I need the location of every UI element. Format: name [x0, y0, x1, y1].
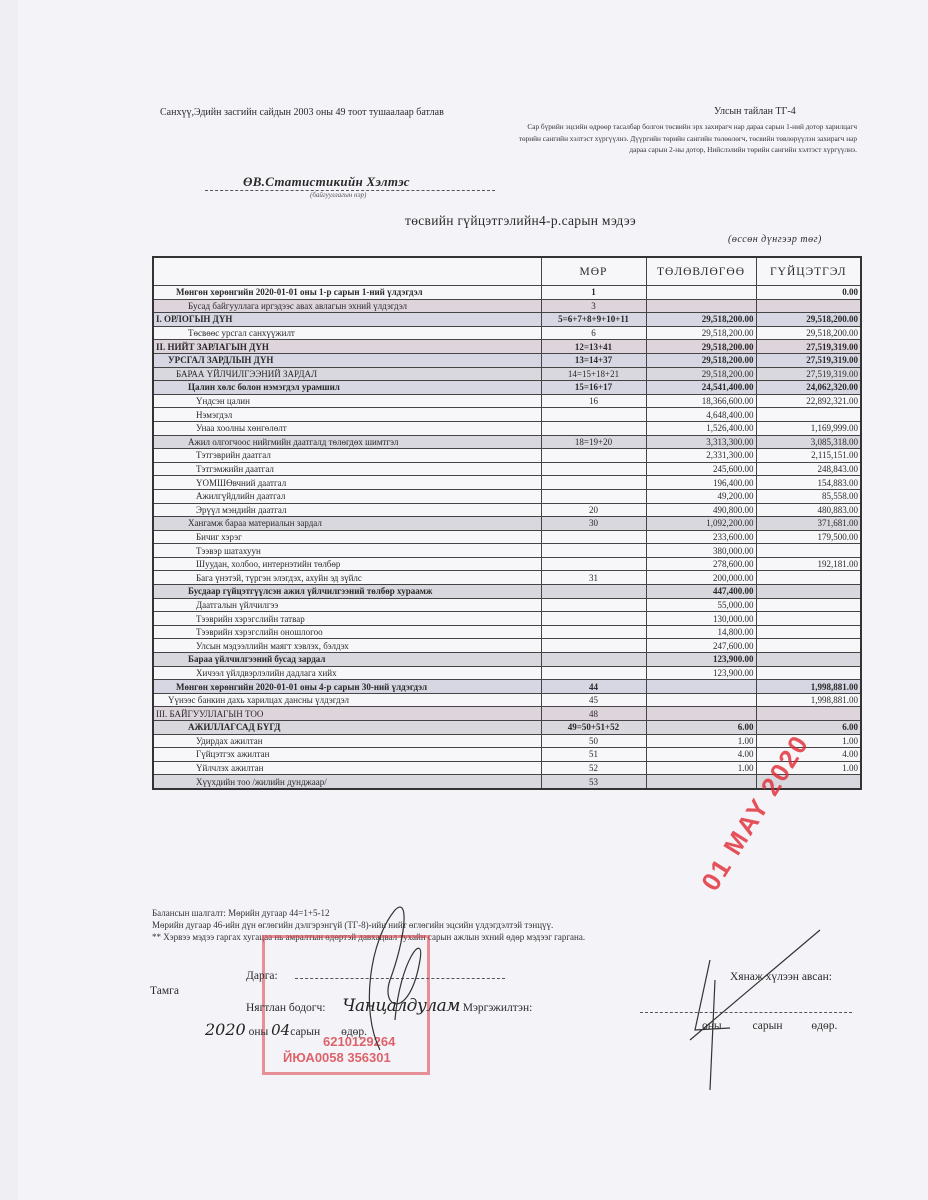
plan-value [646, 286, 756, 300]
director-signature-scribble [350, 900, 440, 1060]
row-number: 53 [541, 775, 646, 789]
actual-value [756, 598, 861, 612]
table-row: БАРАА ҮЙЛЧИЛГЭЭНИЙ ЗАРДАЛ14=15+18+2129,5… [153, 367, 861, 381]
plan-value [646, 299, 756, 313]
table-row: Эрүүл мэндийн даатгал20490,800.00480,883… [153, 503, 861, 517]
table-row: Хангамж бараа материалын зардал301,092,2… [153, 517, 861, 531]
row-number: 14=15+18+21 [541, 367, 646, 381]
actual-value: 371,681.00 [756, 517, 861, 531]
row-number: 3 [541, 299, 646, 313]
actual-value: 27,519,319.00 [756, 367, 861, 381]
row-label: Нэмэгдэл [153, 408, 541, 422]
table-row: Мөнгөн хөрөнгийн 2020-01-01 оны 4-р сары… [153, 680, 861, 694]
row-label: Тээврийн хэрэгслийн оношлогоо [153, 625, 541, 639]
table-row: Тэтгэмжийн даатгал245,600.00248,843.00 [153, 462, 861, 476]
table-row: Үүнээс банкин дахь харилцах дансны үлдэг… [153, 693, 861, 707]
row-label: Бага үнэтэй, түргэн элэгдэх, ахуйн эд зү… [153, 571, 541, 585]
table-row: Үндсэн цалин1618,366,600.0022,892,321.00 [153, 394, 861, 408]
row-number [541, 462, 646, 476]
row-number: 20 [541, 503, 646, 517]
plan-value: 18,366,600.00 [646, 394, 756, 408]
organization-caption: (байгууллагын нэр) [310, 191, 366, 199]
table-row: Бага үнэтэй, түргэн элэгдэх, ахуйн эд зү… [153, 571, 861, 585]
plan-value: 2,331,300.00 [646, 449, 756, 463]
actual-value: 480,883.00 [756, 503, 861, 517]
plan-value: 14,800.00 [646, 625, 756, 639]
table-row: Ажилгүйдлийн даатгал49,200.0085,558.00 [153, 489, 861, 503]
table-row: Унаа хоолны хөнгөлөлт1,526,400.001,169,9… [153, 421, 861, 435]
row-number [541, 585, 646, 599]
row-number: 30 [541, 517, 646, 531]
column-header-plan: ТӨЛӨВЛӨГӨӨ [646, 257, 756, 286]
row-number: 31 [541, 571, 646, 585]
reviewer-signature-scribble [670, 910, 830, 1100]
row-label: Хангамж бараа материалын зардал [153, 517, 541, 531]
plan-value: 380,000.00 [646, 544, 756, 558]
row-label: Хичээл үйлдвэрлэлийн дадлага хийх [153, 666, 541, 680]
table-row: I. ОРЛОГЫН ДҮН5=6+7+8+9+10+1129,518,200.… [153, 313, 861, 327]
actual-value: 22,892,321.00 [756, 394, 861, 408]
row-number: 50 [541, 734, 646, 748]
approval-note: Санхүү,Эдийн засгийн сайдын 2003 оны 49 … [160, 106, 500, 120]
actual-value [756, 612, 861, 626]
row-number [541, 612, 646, 626]
actual-value: 85,558.00 [756, 489, 861, 503]
row-number: 6 [541, 326, 646, 340]
row-label: Удирдах ажилтан [153, 734, 541, 748]
column-header-item [153, 257, 541, 286]
plan-value: 6.00 [646, 721, 756, 735]
actual-value: 1,169,999.00 [756, 421, 861, 435]
row-label: Цалин хөлс болон нэмэгдэл урамшил [153, 381, 541, 395]
column-header-row-number: МӨР [541, 257, 646, 286]
plan-value: 29,518,200.00 [646, 340, 756, 354]
row-number: 52 [541, 761, 646, 775]
plan-value: 3,313,300.00 [646, 435, 756, 449]
plan-value: 29,518,200.00 [646, 313, 756, 327]
actual-value [756, 299, 861, 313]
actual-value: 1,998,881.00 [756, 693, 861, 707]
table-row: Ажил олгогчоос нийгмийн даатгалд төлөгдө… [153, 435, 861, 449]
actual-value [756, 639, 861, 653]
row-label: Бусдаар гүйцэтгүүлсэн ажил үйлчилгээний … [153, 585, 541, 599]
table-row: Улсын мэдээллийн маягт хэвлэх, бэлдэх247… [153, 639, 861, 653]
table-row: Үйлчлэх ажилтан521.001.00 [153, 761, 861, 775]
row-number: 13=14+37 [541, 353, 646, 367]
table-row: Нэмэгдэл4,648,400.00 [153, 408, 861, 422]
row-number: 51 [541, 748, 646, 762]
row-number [541, 544, 646, 558]
actual-value [756, 585, 861, 599]
plan-value: 278,600.00 [646, 557, 756, 571]
row-label: Унаа хоолны хөнгөлөлт [153, 421, 541, 435]
row-label: Шуудан, холбоо, интернэтийн төлбөр [153, 557, 541, 571]
plan-value [646, 707, 756, 721]
table-row: Бусдаар гүйцэтгүүлсэн ажил үйлчилгээний … [153, 585, 861, 599]
actual-value [756, 666, 861, 680]
row-label: Үйлчлэх ажилтан [153, 761, 541, 775]
accountant-label: Нягтлан бодогч: [246, 1002, 326, 1014]
row-label: Мөнгөн хөрөнгийн 2020-01-01 оны 1-р сары… [153, 286, 541, 300]
actual-value [756, 571, 861, 585]
row-label: БАРАА ҮЙЛЧИЛГЭЭНИЙ ЗАРДАЛ [153, 367, 541, 381]
row-number [541, 449, 646, 463]
row-label: Тэтгэврийн даатгал [153, 449, 541, 463]
row-label: Ажилгүйдлийн даатгал [153, 489, 541, 503]
report-code: Улсын тайлан ТГ-4 [714, 106, 796, 117]
left-date-line: 2020 оны 04сарын өдөр. [205, 1020, 367, 1039]
organization-name: ӨВ.Статистикийн Хэлтэс [205, 174, 495, 191]
table-row: ҮОМШӨвчний даатгал196,400.00154,883.00 [153, 476, 861, 490]
actual-value [756, 408, 861, 422]
plan-value: 4.00 [646, 748, 756, 762]
actual-value: 3,085,318.00 [756, 435, 861, 449]
table-row: АЖИЛЛАГСАД БҮГД49=50+51+526.006.00 [153, 721, 861, 735]
plan-value [646, 775, 756, 789]
row-number: 15=16+17 [541, 381, 646, 395]
row-number: 48 [541, 707, 646, 721]
row-number [541, 653, 646, 667]
row-number: 44 [541, 680, 646, 694]
actual-value: 192,181.00 [756, 557, 861, 571]
actual-value [756, 653, 861, 667]
plan-value: 490,800.00 [646, 503, 756, 517]
table-row: Мөнгөн хөрөнгийн 2020-01-01 оны 1-р сары… [153, 286, 861, 300]
row-label: Даатгалын үйлчилгээ [153, 598, 541, 612]
actual-value [756, 707, 861, 721]
handwritten-month: 04 [271, 1021, 290, 1039]
row-number: 16 [541, 394, 646, 408]
plan-value: 247,600.00 [646, 639, 756, 653]
row-label: Хүүхдийн тоо /жилийн дунджаар/ [153, 775, 541, 789]
row-label: Үүнээс банкин дахь харилцах дансны үлдэг… [153, 693, 541, 707]
row-number: 12=13+41 [541, 340, 646, 354]
plan-value: 29,518,200.00 [646, 353, 756, 367]
plan-value: 1.00 [646, 734, 756, 748]
row-number [541, 557, 646, 571]
row-number [541, 476, 646, 490]
row-label: Тээвэр шатахуун [153, 544, 541, 558]
year-suffix: оны [249, 1026, 269, 1038]
row-label: Бараа үйлчилгээний бусад зардал [153, 653, 541, 667]
row-label: Тэтгэмжийн даатгал [153, 462, 541, 476]
plan-value: 29,518,200.00 [646, 326, 756, 340]
row-number: 1 [541, 286, 646, 300]
row-label: Бусад байгууллага иргэдээс авах авлагын … [153, 299, 541, 313]
table-row: Тээвэр шатахуун380,000.00 [153, 544, 861, 558]
row-label: Тээврийн хэрэгслийн татвар [153, 612, 541, 626]
row-number [541, 408, 646, 422]
actual-value: 24,062,320.00 [756, 381, 861, 395]
row-number: 5=6+7+8+9+10+11 [541, 313, 646, 327]
plan-value: 1.00 [646, 761, 756, 775]
row-label: Эрүүл мэндийн даатгал [153, 503, 541, 517]
row-number [541, 666, 646, 680]
row-number [541, 625, 646, 639]
actual-value: 2,115,151.00 [756, 449, 861, 463]
row-label: Ажил олгогчоос нийгмийн даатгалд төлөгдө… [153, 435, 541, 449]
actual-value: 27,519,319.00 [756, 340, 861, 354]
row-label: Үндсэн цалин [153, 394, 541, 408]
row-number [541, 421, 646, 435]
handwritten-year: 2020 [205, 1020, 246, 1039]
stamp-label: Тамга [150, 985, 179, 997]
report-title: төсвийн гүйцэтгэлийн4-р.сарын мэдээ [405, 213, 636, 229]
row-label: II. НИЙТ ЗАРЛАГЫН ДҮН [153, 340, 541, 354]
table-row: II. НИЙТ ЗАРЛАГЫН ДҮН12=13+4129,518,200.… [153, 340, 861, 354]
actual-value [756, 544, 861, 558]
unit-label: (өссөн дүнгээр төг) [728, 234, 822, 245]
row-label: Төсвөөс урсгал санхүүжилт [153, 326, 541, 340]
month-suffix: сарын [290, 1026, 320, 1038]
actual-value: 6.00 [756, 721, 861, 735]
table-row: Бусад байгууллага иргэдээс авах авлагын … [153, 299, 861, 313]
column-header-actual: ГҮЙЦЭТГЭЛ [756, 257, 861, 286]
plan-value: 123,900.00 [646, 653, 756, 667]
row-label: Бичиг хэрэг [153, 530, 541, 544]
plan-value: 196,400.00 [646, 476, 756, 490]
plan-value: 4,648,400.00 [646, 408, 756, 422]
submission-instructions: Сар бүрийн эцсийн өдрөөр тасалбар болгон… [505, 121, 857, 156]
row-label: III. БАЙГУУЛЛАГЫН ТОО [153, 707, 541, 721]
table-row: Бичиг хэрэг233,600.00179,500.00 [153, 530, 861, 544]
plan-value: 447,400.00 [646, 585, 756, 599]
plan-value: 1,526,400.00 [646, 421, 756, 435]
actual-value: 29,518,200.00 [756, 313, 861, 327]
row-label: ҮОМШӨвчний даатгал [153, 476, 541, 490]
actual-value: 29,518,200.00 [756, 326, 861, 340]
row-number: 45 [541, 693, 646, 707]
plan-value: 49,200.00 [646, 489, 756, 503]
table-row: Бараа үйлчилгээний бусад зардал123,900.0… [153, 653, 861, 667]
actual-value: 0.00 [756, 286, 861, 300]
plan-value [646, 680, 756, 694]
row-label: Мөнгөн хөрөнгийн 2020-01-01 оны 4-р сары… [153, 680, 541, 694]
row-number [541, 489, 646, 503]
table-row: Тээврийн хэрэгслийн оношлогоо14,800.00 [153, 625, 861, 639]
row-label: Гүйцэтгэх ажилтан [153, 748, 541, 762]
table-row: Тээврийн хэрэгслийн татвар130,000.00 [153, 612, 861, 626]
table-row: III. БАЙГУУЛЛАГЫН ТОО48 [153, 707, 861, 721]
plan-value: 245,600.00 [646, 462, 756, 476]
specialist-label: Мэргэжилтэн: [463, 1002, 533, 1014]
row-label: Улсын мэдээллийн маягт хэвлэх, бэлдэх [153, 639, 541, 653]
plan-value: 200,000.00 [646, 571, 756, 585]
actual-value: 179,500.00 [756, 530, 861, 544]
row-number: 49=50+51+52 [541, 721, 646, 735]
actual-value: 27,519,319.00 [756, 353, 861, 367]
row-label: АЖИЛЛАГСАД БҮГД [153, 721, 541, 735]
actual-value: 1,998,881.00 [756, 680, 861, 694]
budget-execution-table: МӨР ТӨЛӨВЛӨГӨӨ ГҮЙЦЭТГЭЛ Мөнгөн хөрөнгий… [152, 256, 862, 790]
row-label: I. ОРЛОГЫН ДҮН [153, 313, 541, 327]
actual-value: 248,843.00 [756, 462, 861, 476]
table-row: Хичээл үйлдвэрлэлийн дадлага хийх123,900… [153, 666, 861, 680]
table-header-row: МӨР ТӨЛӨВЛӨГӨӨ ГҮЙЦЭТГЭЛ [153, 257, 861, 286]
director-label: Дарга: [246, 970, 278, 982]
table-row: Даатгалын үйлчилгээ55,000.00 [153, 598, 861, 612]
row-number [541, 639, 646, 653]
actual-value [756, 625, 861, 639]
table-row: Удирдах ажилтан501.001.00 [153, 734, 861, 748]
table-row: Гүйцэтгэх ажилтан514.004.00 [153, 748, 861, 762]
row-label: УРСГАЛ ЗАРДЛЫН ДҮН [153, 353, 541, 367]
table-row: Цалин хөлс болон нэмэгдэл урамшил15=16+1… [153, 381, 861, 395]
plan-value: 123,900.00 [646, 666, 756, 680]
table-row: Тэтгэврийн даатгал2,331,300.002,115,151.… [153, 449, 861, 463]
plan-value: 1,092,200.00 [646, 517, 756, 531]
table-row: УРСГАЛ ЗАРДЛЫН ДҮН13=14+3729,518,200.002… [153, 353, 861, 367]
table-row: Шуудан, холбоо, интернэтийн төлбөр278,60… [153, 557, 861, 571]
row-number [541, 598, 646, 612]
actual-value: 154,883.00 [756, 476, 861, 490]
plan-value: 29,518,200.00 [646, 367, 756, 381]
table-row: Төсвөөс урсгал санхүүжилт629,518,200.002… [153, 326, 861, 340]
row-number [541, 530, 646, 544]
plan-value: 24,541,400.00 [646, 381, 756, 395]
plan-value: 130,000.00 [646, 612, 756, 626]
row-number: 18=19+20 [541, 435, 646, 449]
plan-value: 233,600.00 [646, 530, 756, 544]
plan-value [646, 693, 756, 707]
plan-value: 55,000.00 [646, 598, 756, 612]
